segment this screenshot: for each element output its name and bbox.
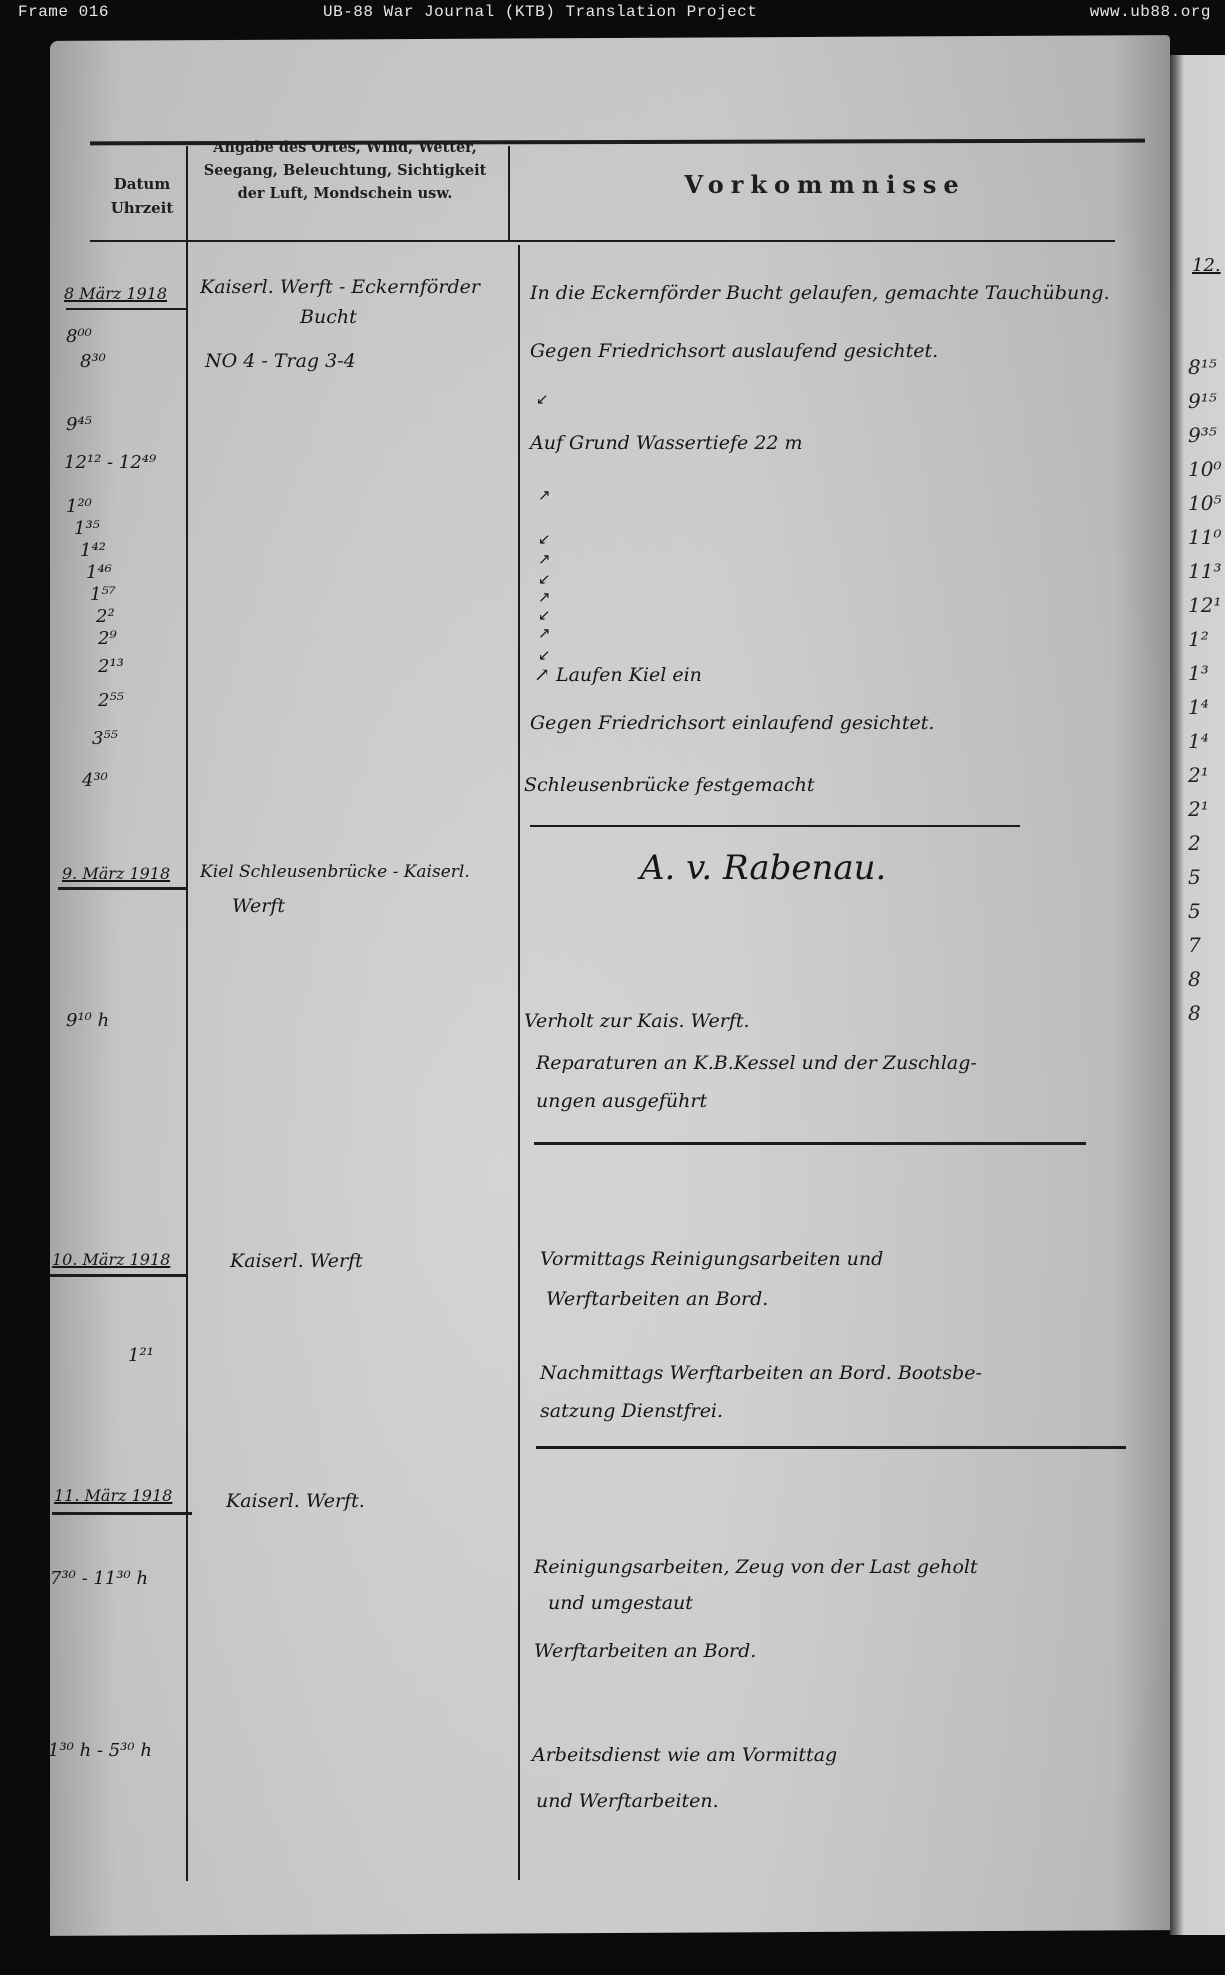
event-line: Verholt zur Kais. Werft. xyxy=(524,1010,750,1032)
entry-separator xyxy=(530,825,1020,827)
event-line: Arbeitsdienst wie am Vormittag xyxy=(532,1744,837,1766)
event-line: In die Eckernförder Bucht gelaufen, gema… xyxy=(530,282,1110,304)
event-line: ↙ xyxy=(538,570,551,588)
header-location-line3: der Luft, Mondschein usw. xyxy=(186,182,504,205)
time-entry: 8³⁰ xyxy=(80,351,106,372)
event-line: und Werftarbeiten. xyxy=(536,1790,719,1812)
time-entry: 2⁵⁵ xyxy=(98,690,124,711)
adjacent-time: 12¹ xyxy=(1188,593,1221,627)
event-line: ↙ xyxy=(538,530,551,548)
entry-place: Werft xyxy=(232,895,285,917)
event-line: Werftarbeiten an Bord. xyxy=(546,1288,768,1310)
event-line: ↗ xyxy=(538,588,551,606)
time-entry: 12¹² - 12⁴⁹ xyxy=(64,452,156,473)
event-line: Vormittags Reinigungsarbeiten und xyxy=(540,1248,883,1270)
entry-place: Kaiserl. Werft xyxy=(230,1250,363,1272)
adjacent-date: 12. xyxy=(1192,255,1221,276)
column-divider-2b xyxy=(518,245,520,1880)
adjacent-time: 1³ xyxy=(1188,661,1221,695)
column-divider-2 xyxy=(508,146,510,240)
adjacent-time: 2 xyxy=(1188,831,1221,865)
entry-time: 9¹⁰ h xyxy=(66,1010,109,1031)
adjacent-time: 1⁴ xyxy=(1188,729,1221,763)
adjacent-time: 2¹ xyxy=(1188,763,1221,797)
adjacent-time: 7 xyxy=(1188,933,1221,967)
time-entry: 1³⁵ xyxy=(74,518,100,539)
event-line: Schleusenbrücke festgemacht xyxy=(524,774,815,796)
adjacent-page-strip: 12. 8¹⁵9¹⁵9³⁵10⁰10⁵11⁰11³12¹1²1³1⁴1⁴2¹2¹… xyxy=(1170,55,1225,1935)
date-underline xyxy=(50,1274,188,1277)
entry-separator xyxy=(534,1142,1086,1145)
adjacent-times: 8¹⁵9¹⁵9³⁵10⁰10⁵11⁰11³12¹1²1³1⁴1⁴2¹2¹2557… xyxy=(1188,355,1221,1035)
header-location: Angabe des Ortes, Wind, Wetter, Seegang,… xyxy=(186,136,504,205)
adjacent-time: 9¹⁵ xyxy=(1188,389,1221,423)
adjacent-time: 10⁵ xyxy=(1188,491,1221,525)
entry-weather: NO 4 - Trag 3-4 xyxy=(205,350,356,372)
entry-place: Kaiserl. Werft. xyxy=(226,1490,365,1512)
adjacent-time: 8 xyxy=(1188,967,1221,1001)
event-line: ↙ xyxy=(538,646,551,664)
time-entry: 8⁰⁰ xyxy=(66,326,92,347)
time-entry: 9⁴⁵ xyxy=(66,414,92,435)
entry-date: 8 März 1918 xyxy=(64,284,167,303)
header-events: Vorkommnisse xyxy=(520,170,1130,199)
event-line: satzung Dienstfrei. xyxy=(540,1400,723,1422)
time-entry: 1²⁰ xyxy=(66,496,92,517)
frame-label: Frame 016 xyxy=(18,3,109,21)
event-line: ungen ausgeführt xyxy=(536,1090,707,1112)
date-underline xyxy=(66,308,186,310)
header-location-line1: Angabe des Ortes, Wind, Wetter, xyxy=(186,136,504,159)
time-entry: 2⁹ xyxy=(98,628,117,649)
header-datum: Datum Uhrzeit xyxy=(100,172,184,220)
adjacent-time: 9³⁵ xyxy=(1188,423,1221,457)
entry-time: 1³⁰ h - 5³⁰ h xyxy=(48,1740,152,1761)
time-entry: 1⁵⁷ xyxy=(90,584,116,605)
time-entry: 1⁴² xyxy=(80,540,106,561)
entry-time: 7³⁰ - 11³⁰ h xyxy=(50,1568,148,1589)
header-datum-line1: Datum xyxy=(100,172,184,196)
entry-time: 1²¹ xyxy=(128,1345,154,1366)
entry-place: Kaiserl. Werft - Eckernförder xyxy=(200,276,480,298)
adjacent-time: 1⁴ xyxy=(1188,695,1221,729)
time-entry: 2¹³ xyxy=(98,656,124,677)
event-line: Auf Grund Wassertiefe 22 m xyxy=(530,432,803,454)
entry-place: Kiel Schleusenbrücke - Kaiserl. xyxy=(200,862,470,882)
event-line: und umgestaut xyxy=(548,1592,693,1614)
time-entry: 3⁵⁵ xyxy=(92,728,118,749)
adjacent-time: 5 xyxy=(1188,899,1221,933)
event-line: ↙ xyxy=(536,390,549,408)
adjacent-time: 11⁰ xyxy=(1188,525,1221,559)
adjacent-time: 8¹⁵ xyxy=(1188,355,1221,389)
column-divider-1 xyxy=(186,146,188,1881)
time-entry: 1⁴⁶ xyxy=(86,562,112,583)
event-line: Reinigungsarbeiten, Zeug von der Last ge… xyxy=(534,1556,978,1578)
entry-date: 9. März 1918 xyxy=(62,864,170,883)
header-bottom-rule xyxy=(90,240,1115,242)
adjacent-time: 11³ xyxy=(1188,559,1221,593)
event-line: ↗ xyxy=(538,550,551,568)
frame-caption-bar: Frame 016 UB-88 War Journal (KTB) Transl… xyxy=(0,0,1225,28)
header-location-line2: Seegang, Beleuchtung, Sichtigkeit xyxy=(186,159,504,182)
event-line: Gegen Friedrichsort einlaufend gesichtet… xyxy=(530,712,934,734)
entry-separator xyxy=(536,1446,1126,1449)
entry-place: Bucht xyxy=(300,306,357,328)
entry-date: 11. März 1918 xyxy=(54,1486,172,1505)
event-line: ↗ Laufen Kiel ein xyxy=(534,664,702,686)
event-line: Werftarbeiten an Bord. xyxy=(534,1640,756,1662)
event-line: ↗ xyxy=(538,624,551,642)
adjacent-time: 1² xyxy=(1188,627,1221,661)
website-label: www.ub88.org xyxy=(1090,3,1211,21)
project-title: UB-88 War Journal (KTB) Translation Proj… xyxy=(323,3,757,21)
time-entry: 2² xyxy=(96,606,115,627)
header-datum-line2: Uhrzeit xyxy=(100,196,184,220)
event-line: ↙ xyxy=(538,606,551,624)
signature: A. v. Rabenau. xyxy=(640,848,886,888)
event-line: Nachmittags Werftarbeiten an Bord. Boots… xyxy=(540,1362,982,1384)
event-line: Reparaturen an K.B.Kessel und der Zuschl… xyxy=(536,1052,977,1074)
event-line: Gegen Friedrichsort auslaufend gesichtet… xyxy=(530,340,938,362)
adjacent-time: 2¹ xyxy=(1188,797,1221,831)
time-entry: 4³⁰ xyxy=(82,770,108,791)
event-line: ↗ xyxy=(538,486,551,504)
date-underline xyxy=(58,887,188,890)
entry-date: 10. März 1918 xyxy=(52,1250,170,1269)
date-underline xyxy=(52,1512,192,1515)
adjacent-time: 5 xyxy=(1188,865,1221,899)
adjacent-time: 8 xyxy=(1188,1001,1221,1035)
adjacent-time: 10⁰ xyxy=(1188,457,1221,491)
